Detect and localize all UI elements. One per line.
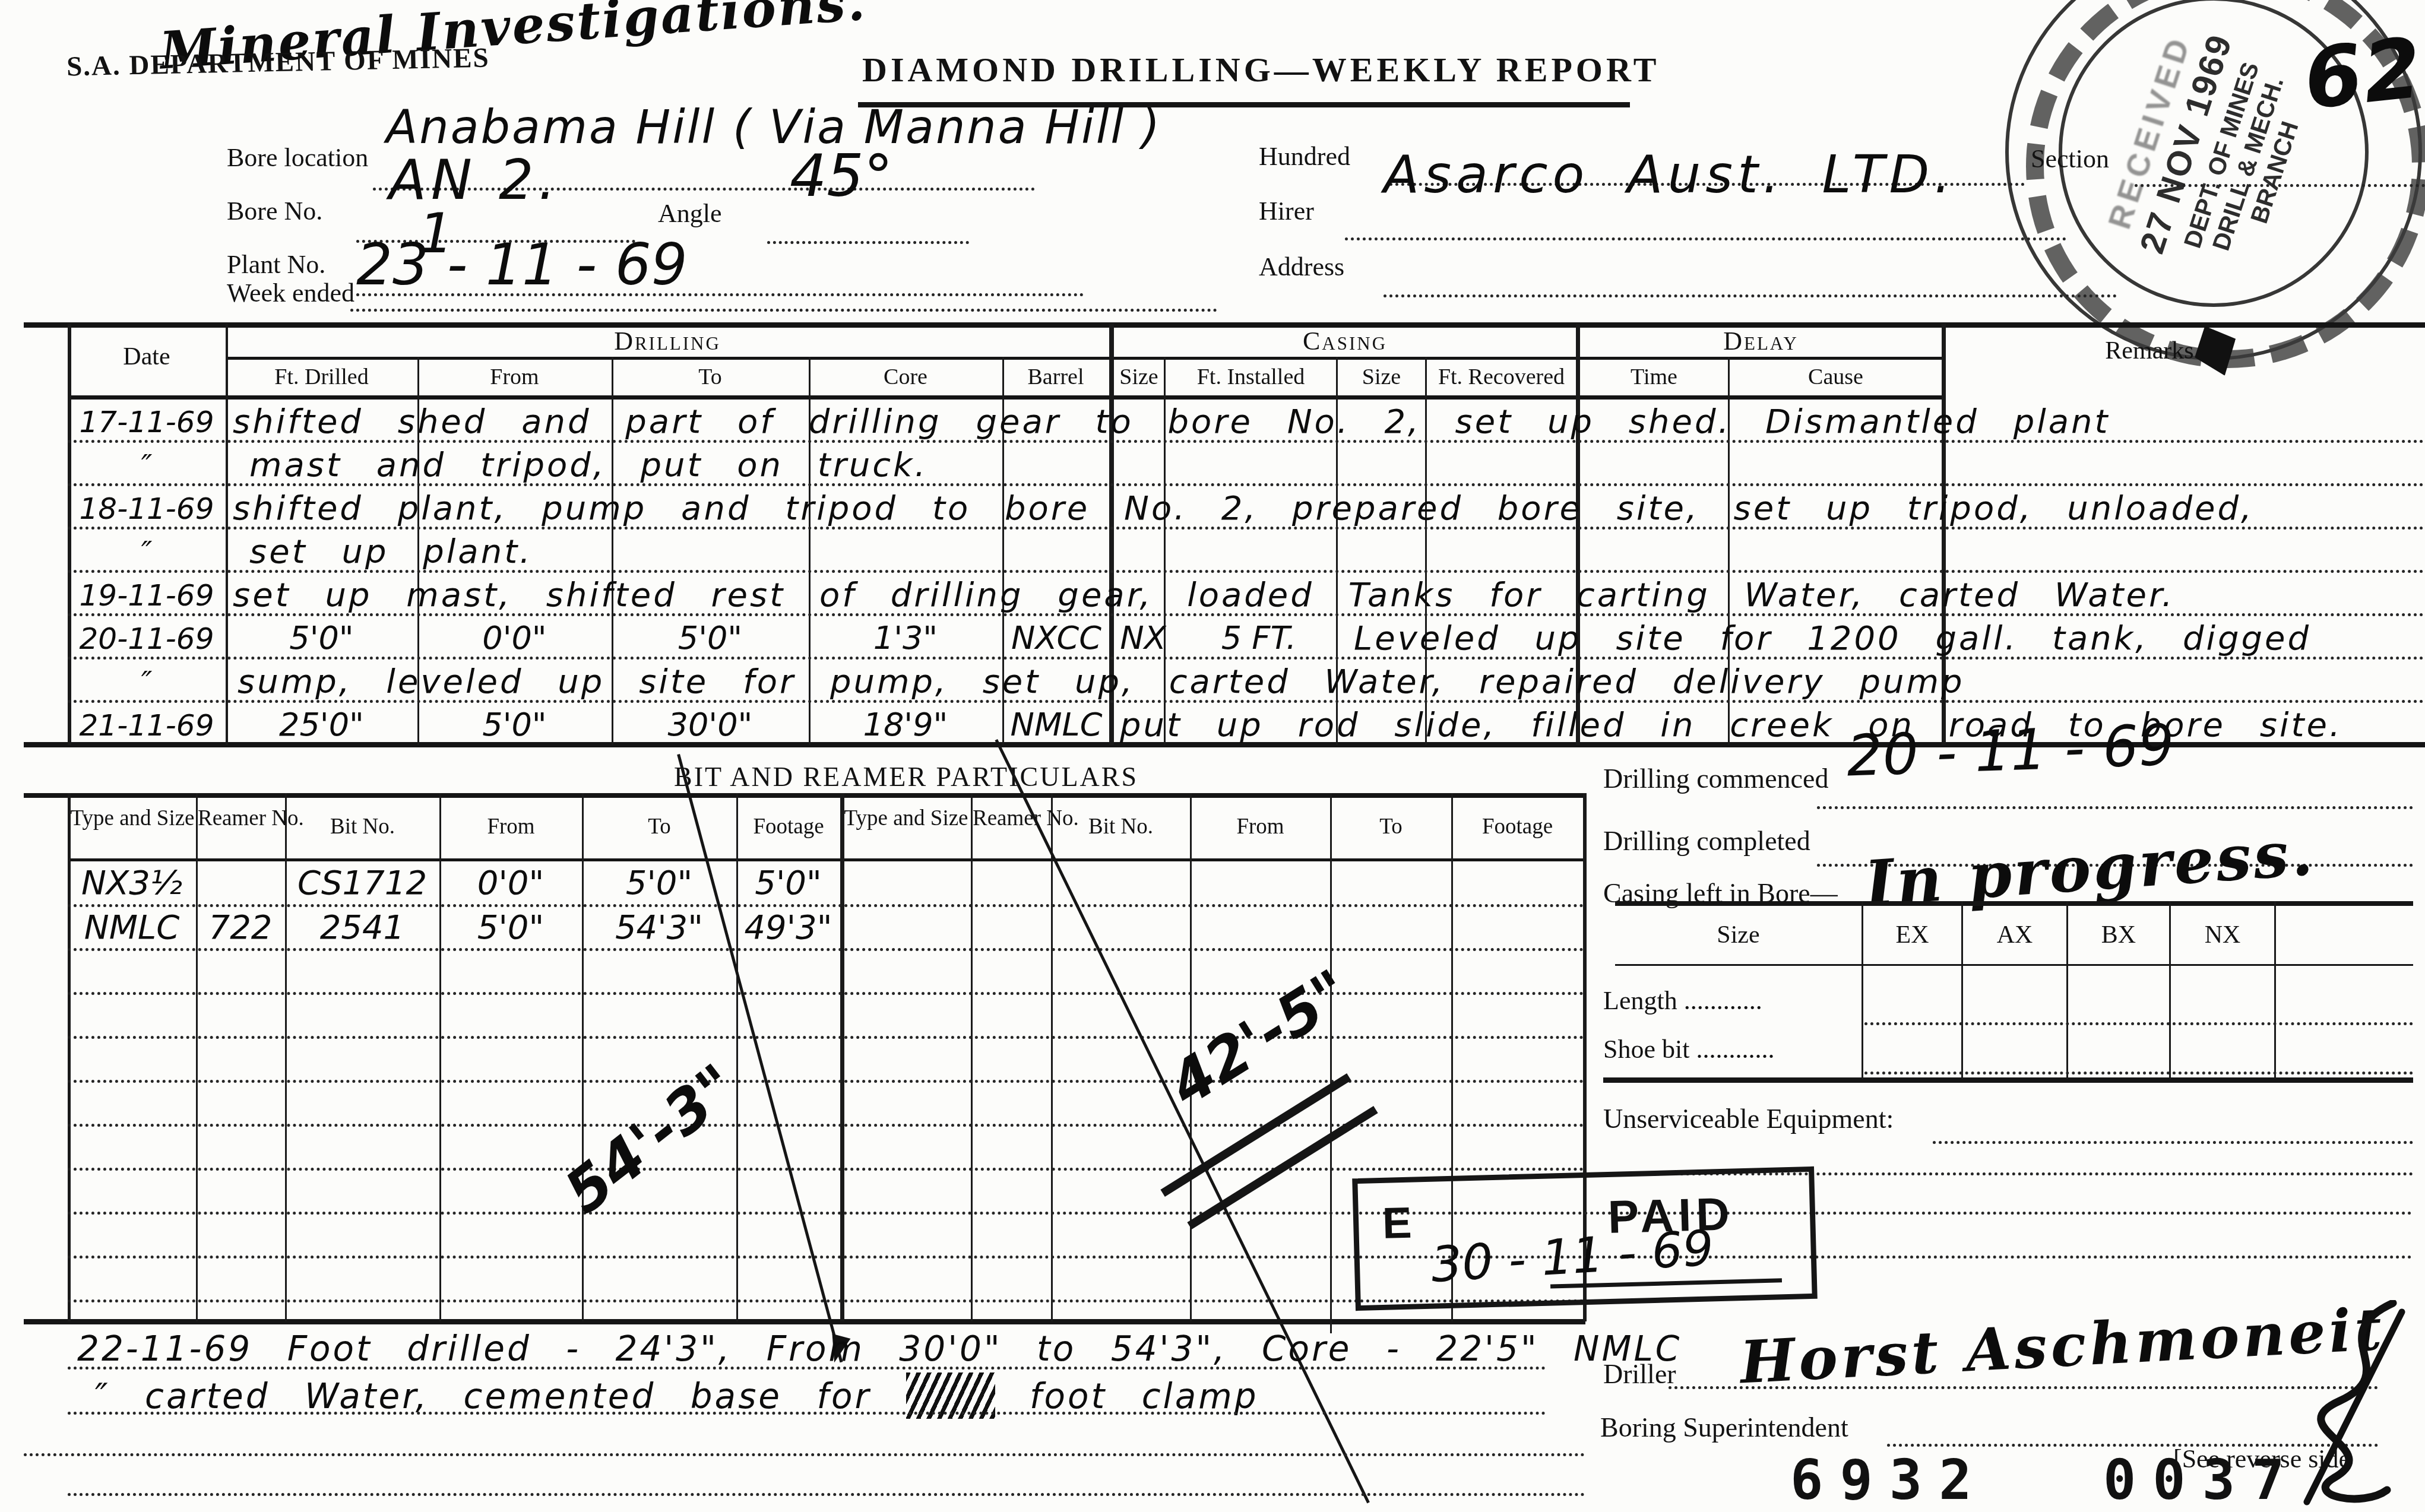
paid-stamp: E PAID 30 - 11 - 69 — [1352, 1167, 1818, 1311]
bit-col-from: From — [441, 814, 581, 839]
week-ended-value: 23 - 11 - 69 — [356, 232, 688, 298]
casing-size-ax: AX — [1963, 921, 2066, 949]
grid-line — [68, 1036, 1584, 1039]
grid-line — [971, 793, 973, 1321]
casing-size-ex: EX — [1863, 921, 1961, 949]
grid-line — [24, 793, 1585, 798]
row-entry: shifted plant, pump and tripod to bore N… — [233, 489, 2254, 528]
bit-col-type-size: Type and Size — [70, 806, 195, 831]
cell-reamer-no: 722 — [196, 908, 285, 947]
cell-type-size: NX3½ — [68, 864, 196, 902]
grid-line — [68, 1212, 2413, 1215]
row-date: 20-11-69 — [72, 622, 221, 656]
department-title: S.A. DEPARTMENT OF MINES — [67, 42, 490, 83]
grid-line — [68, 1256, 2413, 1259]
grid-line — [68, 904, 1584, 907]
grid-line — [68, 858, 1585, 861]
row-date: 17-11-69 — [72, 405, 221, 439]
drilling-commenced-value: 20 - 11 - 69 — [1845, 712, 2176, 789]
grid-line — [1051, 793, 1053, 1321]
notes-rule — [68, 1412, 1546, 1415]
col-header-casing-size: Size — [1114, 364, 1164, 390]
cell-core: 18'9" — [809, 706, 1002, 743]
notes-rule — [24, 1453, 1585, 1456]
casing-size-nx: NX — [2171, 921, 2274, 949]
grid-line — [24, 1319, 1585, 1324]
bit-col-from-2: From — [1192, 814, 1329, 839]
bit-col-bit-no-2: Bit No. — [1053, 814, 1189, 839]
grid-line — [68, 948, 1584, 951]
grid-line — [68, 1080, 1584, 1083]
notes-rule — [68, 1367, 1546, 1370]
col-header-ft-recovered: Ft. Recovered — [1427, 364, 1576, 390]
row-entry: sump, leveled up site for pump, set up, … — [238, 663, 1965, 701]
bit-col-footage: Footage — [738, 814, 839, 839]
col-header-from: From — [417, 364, 612, 390]
row-date: 21-11-69 — [72, 708, 221, 743]
cell-core: 1'3" — [809, 619, 1002, 657]
bore-location-value: Anabama Hill ( Via Manna Hill ) — [386, 101, 1161, 154]
cell-type-size: NMLC — [68, 908, 196, 947]
grid-line — [68, 324, 71, 745]
col-header-ft-drilled: Ft. Drilled — [226, 364, 417, 390]
page-title: DIAMOND DRILLING—WEEKLY REPORT — [862, 50, 1660, 90]
cell-remark-text: Leveled up site for 1200 gall. tank, dig… — [1354, 619, 2311, 658]
grid-line — [2274, 901, 2276, 1079]
driller-label: Driller — [1603, 1358, 1676, 1390]
length-label: Length ............ — [1603, 985, 1762, 1016]
notes-line-1: 22-11-69 Foot drilled - 24'3", From 30'0… — [77, 1329, 1682, 1369]
grid-line — [1864, 1022, 2413, 1025]
cell-from: 5'0" — [417, 706, 612, 743]
drilling-commenced-line — [1817, 806, 2413, 809]
week-ended-line — [350, 309, 1217, 312]
grid-line — [68, 395, 1942, 400]
col-header-time: Time — [1580, 364, 1728, 390]
grid-line — [840, 793, 844, 1321]
bit-col-reamer-no: Reamer No. — [198, 806, 284, 831]
bit-row: NX3½ CS1712 0'0" 5'0" 5'0" — [68, 864, 840, 902]
grid-line — [1603, 1077, 2413, 1083]
grid-line — [68, 992, 1584, 995]
cell-from: 0'0" — [417, 619, 612, 657]
row-date: ″ — [72, 448, 221, 483]
drilling-completed-label: Drilling completed — [1603, 825, 1810, 857]
cell-footage: 49'3" — [736, 908, 840, 947]
unserviceable-line — [1933, 1141, 2413, 1144]
grid-line — [226, 357, 1942, 360]
section-label: Section — [2031, 144, 2109, 174]
bit-col-bit-no: Bit No. — [287, 814, 438, 839]
cell-from: 5'0" — [439, 908, 582, 947]
section-line — [2135, 184, 2425, 187]
group-header-casing: Casing — [1114, 327, 1576, 356]
bore-no-value: AN 2. — [389, 148, 561, 212]
cell-barrel: NMLC — [1002, 706, 1110, 743]
shoe-bit-label: Shoe bit ............ — [1603, 1034, 1774, 1064]
grid-line — [1615, 901, 2413, 906]
cell-ft-installed: 5 FT. — [1176, 619, 1342, 657]
drilling-commenced-label: Drilling commenced — [1603, 763, 1828, 794]
cell-to: 30'0" — [612, 706, 809, 743]
bit-col-to: To — [584, 814, 735, 839]
cell-from: 0'0" — [439, 864, 582, 902]
col-header-barrel: Barrel — [1002, 364, 1109, 390]
col-header-casing-size2: Size — [1338, 364, 1425, 390]
row-entry: mast and tripod, put on truck. — [249, 446, 927, 484]
cell-casing-size: NX — [1110, 619, 1176, 657]
col-header-remarks: Remarks — [1942, 337, 2357, 365]
cell-barrel: NXCC — [1002, 619, 1110, 657]
casing-size-header: Size — [1615, 921, 1862, 949]
address-label: Address — [1259, 252, 1344, 282]
address-line — [1384, 294, 2117, 297]
col-header-date: Date — [68, 343, 226, 371]
plant-no-label: Plant No. — [227, 249, 325, 280]
row-entry: set up plant. — [249, 532, 533, 571]
cell-ft-drilled: 5'0" — [226, 619, 417, 657]
serial-number: 6932 0037 — [1790, 1448, 2301, 1512]
cell-ft-drilled: 25'0" — [226, 706, 417, 743]
grid-line — [1330, 793, 1332, 1333]
unserviceable-label: Unserviceable Equipment: — [1603, 1103, 1894, 1134]
row-cells: 5'0" 0'0" 5'0" 1'3" NXCC NX 5 FT. Levele… — [226, 619, 2311, 658]
row-date: 19-11-69 — [72, 578, 221, 613]
row-entry: shifted shed and part of drilling gear t… — [233, 402, 2110, 441]
week-ended-label: Week ended — [227, 278, 354, 308]
notes-line-2-prefix: ″ carted Water, cemented base for — [95, 1376, 871, 1416]
angle-line — [767, 241, 969, 244]
paid-stamp-fragment: E — [1382, 1197, 1413, 1248]
angle-label: Angle — [658, 198, 722, 229]
col-header-cause: Cause — [1730, 364, 1942, 390]
grid-line — [68, 1168, 1584, 1171]
bit-col-to-2: To — [1332, 814, 1450, 839]
boring-superintendent-label: Boring Superintendent — [1600, 1412, 1848, 1443]
row-entry: set up mast, shifted rest of drilling ge… — [233, 576, 2175, 614]
bit-col-type-size-2: Type and Size — [843, 806, 970, 831]
notes-line-2-suffix: foot clamp — [1030, 1376, 1258, 1416]
cell-bit-no: CS1712 — [285, 864, 439, 902]
col-header-to: To — [612, 364, 809, 390]
group-header-drilling: Drilling — [226, 327, 1109, 356]
casing-size-bx: BX — [2068, 921, 2169, 949]
cell-to: 5'0" — [612, 619, 809, 657]
bit-col-footage-2: Footage — [1453, 814, 1582, 839]
hirer-label: Hirer — [1259, 196, 1314, 226]
angle-value: 45° — [790, 142, 893, 210]
row-date: ″ — [72, 665, 221, 699]
cell-bit-no: 2541 — [285, 908, 439, 947]
hundred-label: Hundred — [1259, 141, 1350, 172]
grid-line — [1864, 1072, 2413, 1074]
superintendent-signature — [2250, 1300, 2423, 1512]
bore-no-label: Bore No. — [227, 196, 322, 226]
cell-to: 54'3" — [582, 908, 736, 947]
row-date: 18-11-69 — [72, 492, 221, 526]
notes-rule — [68, 1493, 1585, 1496]
scanned-drilling-report: Mineral Investigations. S.A. DEPARTMENT … — [0, 0, 2425, 1512]
group-header-delay: Delay — [1580, 327, 1942, 356]
bit-table-title: BIT AND REAMER PARTICULARS — [674, 761, 1138, 793]
col-header-ft-installed: Ft. Installed — [1166, 364, 1336, 390]
grid-line — [1615, 964, 2413, 966]
row-date: ″ — [72, 535, 221, 569]
cell-footage: 5'0" — [736, 864, 840, 902]
bore-location-label: Bore location — [227, 142, 368, 173]
col-header-core: Core — [809, 364, 1002, 390]
hirer-line — [1345, 237, 2066, 240]
hirer-value: Asarco Aust. LTD. — [1384, 144, 1955, 205]
